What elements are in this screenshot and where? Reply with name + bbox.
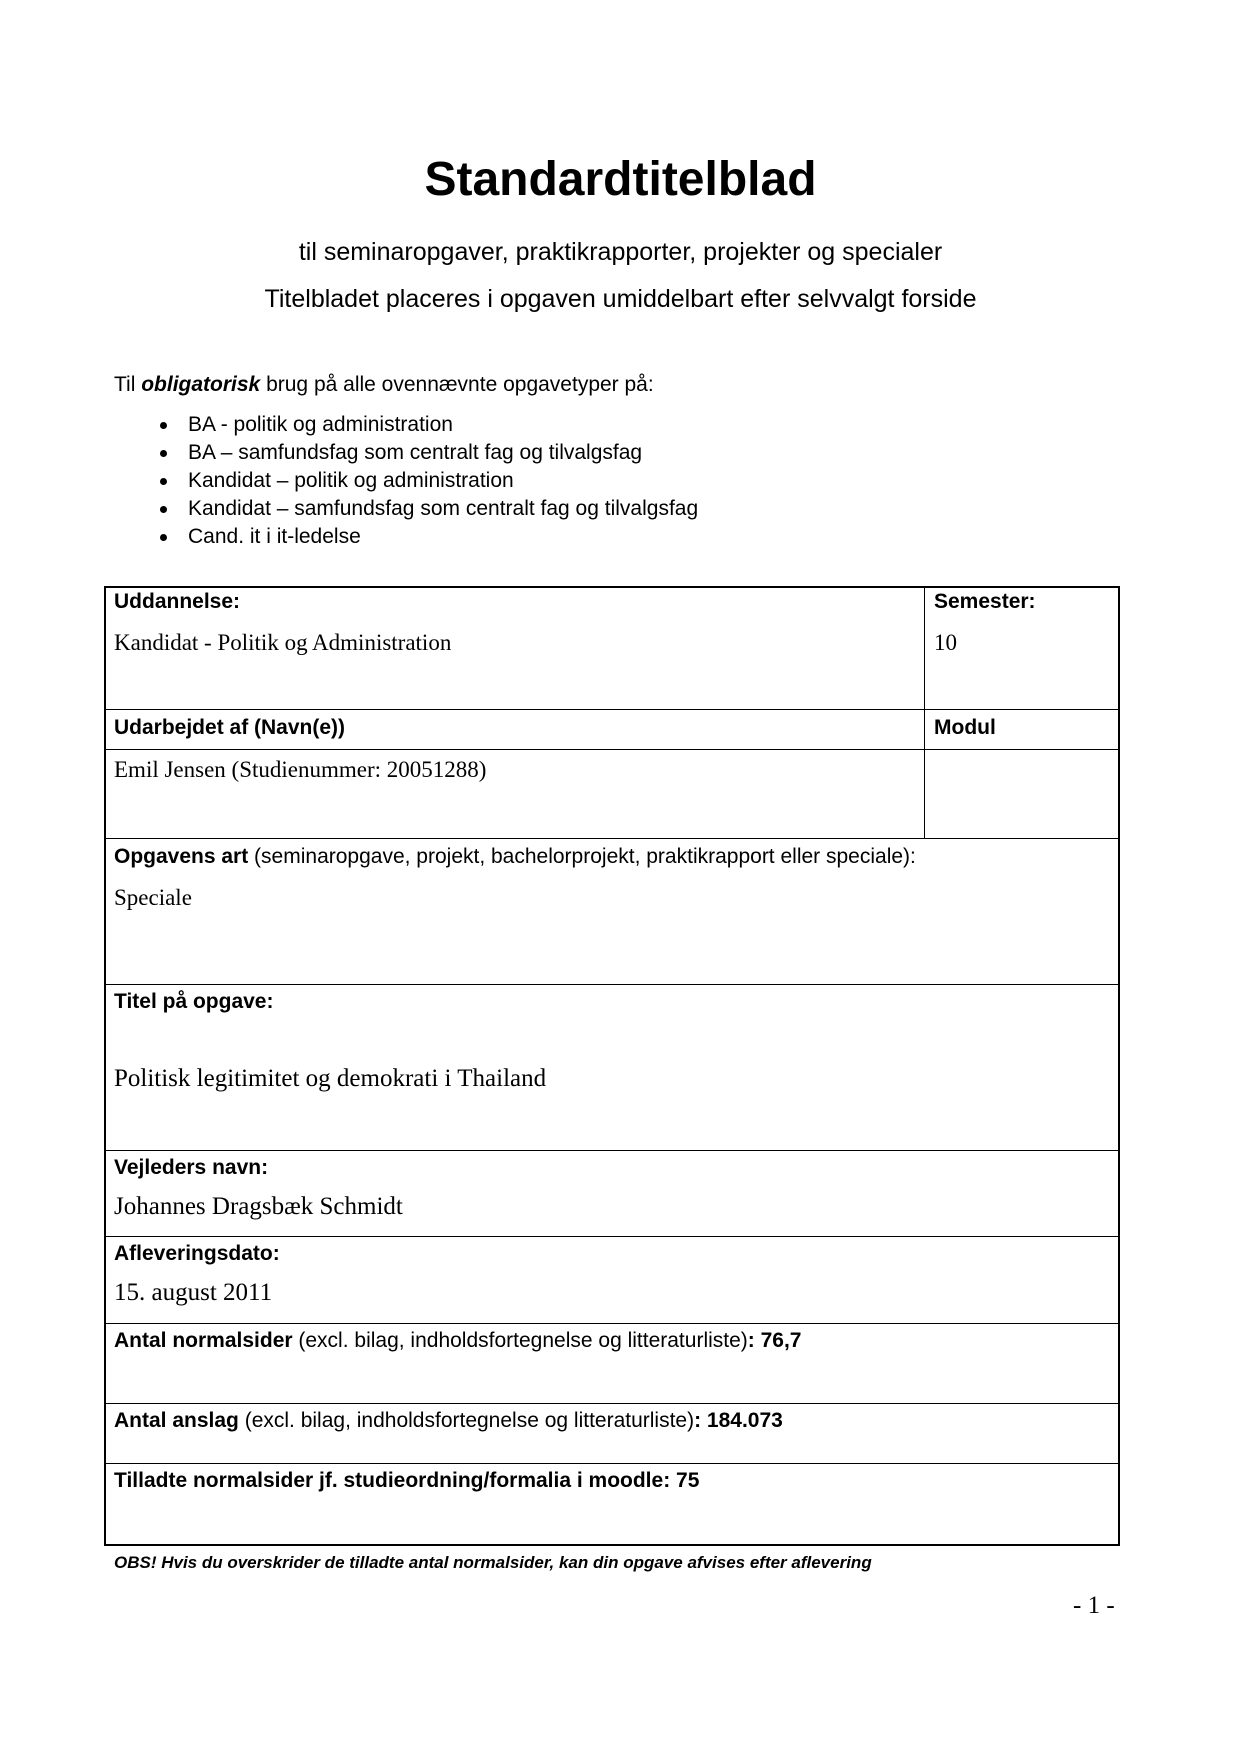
row-divider	[106, 838, 1118, 839]
row-divider	[106, 1323, 1118, 1324]
list-item-label: BA – samfundsfag som centralt fag og til…	[188, 441, 642, 464]
titel-value: Politisk legitimitet og demokrati i Thai…	[114, 1065, 546, 1093]
list-item-label: BA - politik og administration	[188, 413, 453, 436]
bullet-icon	[160, 422, 167, 429]
row-divider	[106, 1236, 1118, 1237]
uddannelse-label: Uddannelse:	[114, 589, 240, 615]
antal-anslag-hint: (excl. bilag, indholdsfortegnelse og lit…	[239, 1409, 694, 1432]
subtitle-purpose: til seminaropgaver, praktikrapporter, pr…	[0, 236, 1241, 268]
udarbejdet-label: Udarbejdet af (Navn(e))	[114, 715, 345, 741]
row-divider	[106, 1403, 1118, 1404]
intro-text: Til obligatorisk brug på alle ovennævnte…	[114, 371, 654, 399]
page-number: - 1 -	[1073, 1591, 1115, 1621]
antal-normalsider-label: Antal normalsider	[114, 1329, 293, 1352]
row-divider	[106, 709, 1118, 710]
bullet-icon	[160, 478, 167, 485]
opgavens-art-label: Opgavens art (seminaropgave, projekt, ba…	[114, 844, 916, 870]
antal-anslag-row: Antal anslag (excl. bilag, indholdsforte…	[114, 1408, 783, 1434]
bullet-icon	[160, 534, 167, 541]
row-divider	[106, 749, 1118, 750]
afleveringsdato-value: 15. august 2011	[114, 1279, 272, 1307]
list-item-label: Kandidat – politik og administration	[188, 469, 514, 492]
opgavens-art-label-text: Opgavens art	[114, 845, 248, 868]
afleveringsdato-label: Afleveringsdato:	[114, 1241, 280, 1267]
row-divider	[106, 1463, 1118, 1464]
list-item: Kandidat – samfundsfag som centralt fag …	[150, 495, 698, 523]
antal-normalsider-row: Antal normalsider (excl. bilag, indholds…	[114, 1328, 801, 1354]
bullet-icon	[160, 506, 167, 513]
semester-label: Semester:	[934, 589, 1036, 615]
semester-value: 10	[934, 629, 957, 657]
list-item: BA – samfundsfag som centralt fag og til…	[150, 439, 698, 467]
udarbejdet-value: Emil Jensen (Studienummer: 20051288)	[114, 756, 486, 784]
row-divider	[106, 984, 1118, 985]
bullet-icon	[160, 450, 167, 457]
row-divider	[106, 1150, 1118, 1151]
list-item: Cand. it i it-ledelse	[150, 523, 698, 551]
antal-normalsider-value: : 76,7	[748, 1329, 802, 1352]
antal-anslag-value: : 184.073	[694, 1409, 783, 1432]
antal-normalsider-hint: (excl. bilag, indholdsfortegnelse og lit…	[293, 1329, 748, 1352]
list-item-label: Kandidat – samfundsfag som centralt fag …	[188, 497, 698, 520]
list-item-label: Cand. it i it-ledelse	[188, 525, 361, 548]
modul-label: Modul	[934, 715, 996, 741]
column-divider	[924, 588, 925, 838]
list-item: Kandidat – politik og administration	[150, 467, 698, 495]
intro-suffix: brug på alle ovennævnte opgavetyper på:	[260, 373, 653, 396]
opgavens-art-value: Speciale	[114, 884, 192, 912]
vejleder-value: Johannes Dragsbæk Schmidt	[114, 1193, 403, 1221]
opgavens-art-hint: (seminaropgave, projekt, bachelorprojekt…	[248, 845, 916, 868]
subtitle-placement: Titelbladet placeres i opgaven umiddelba…	[0, 283, 1241, 315]
intro-prefix: Til	[114, 373, 141, 396]
page-title: Standardtitelblad	[0, 150, 1241, 210]
uddannelse-value: Kandidat - Politik og Administration	[114, 629, 451, 657]
intro-emphasis: obligatorisk	[141, 373, 260, 396]
title-sheet-form: Uddannelse: Kandidat - Politik og Admini…	[104, 586, 1120, 1546]
tilladte-normalsider-label: Tilladte normalsider jf. studieordning/f…	[114, 1468, 699, 1494]
antal-anslag-label: Antal anslag	[114, 1409, 239, 1432]
vejleder-label: Vejleders navn:	[114, 1155, 268, 1181]
list-item: BA - politik og administration	[150, 411, 698, 439]
titel-label: Titel på opgave:	[114, 989, 273, 1015]
education-list: BA - politik og administration BA – samf…	[150, 411, 698, 551]
obs-warning: OBS! Hvis du overskrider de tilladte ant…	[114, 1552, 872, 1574]
